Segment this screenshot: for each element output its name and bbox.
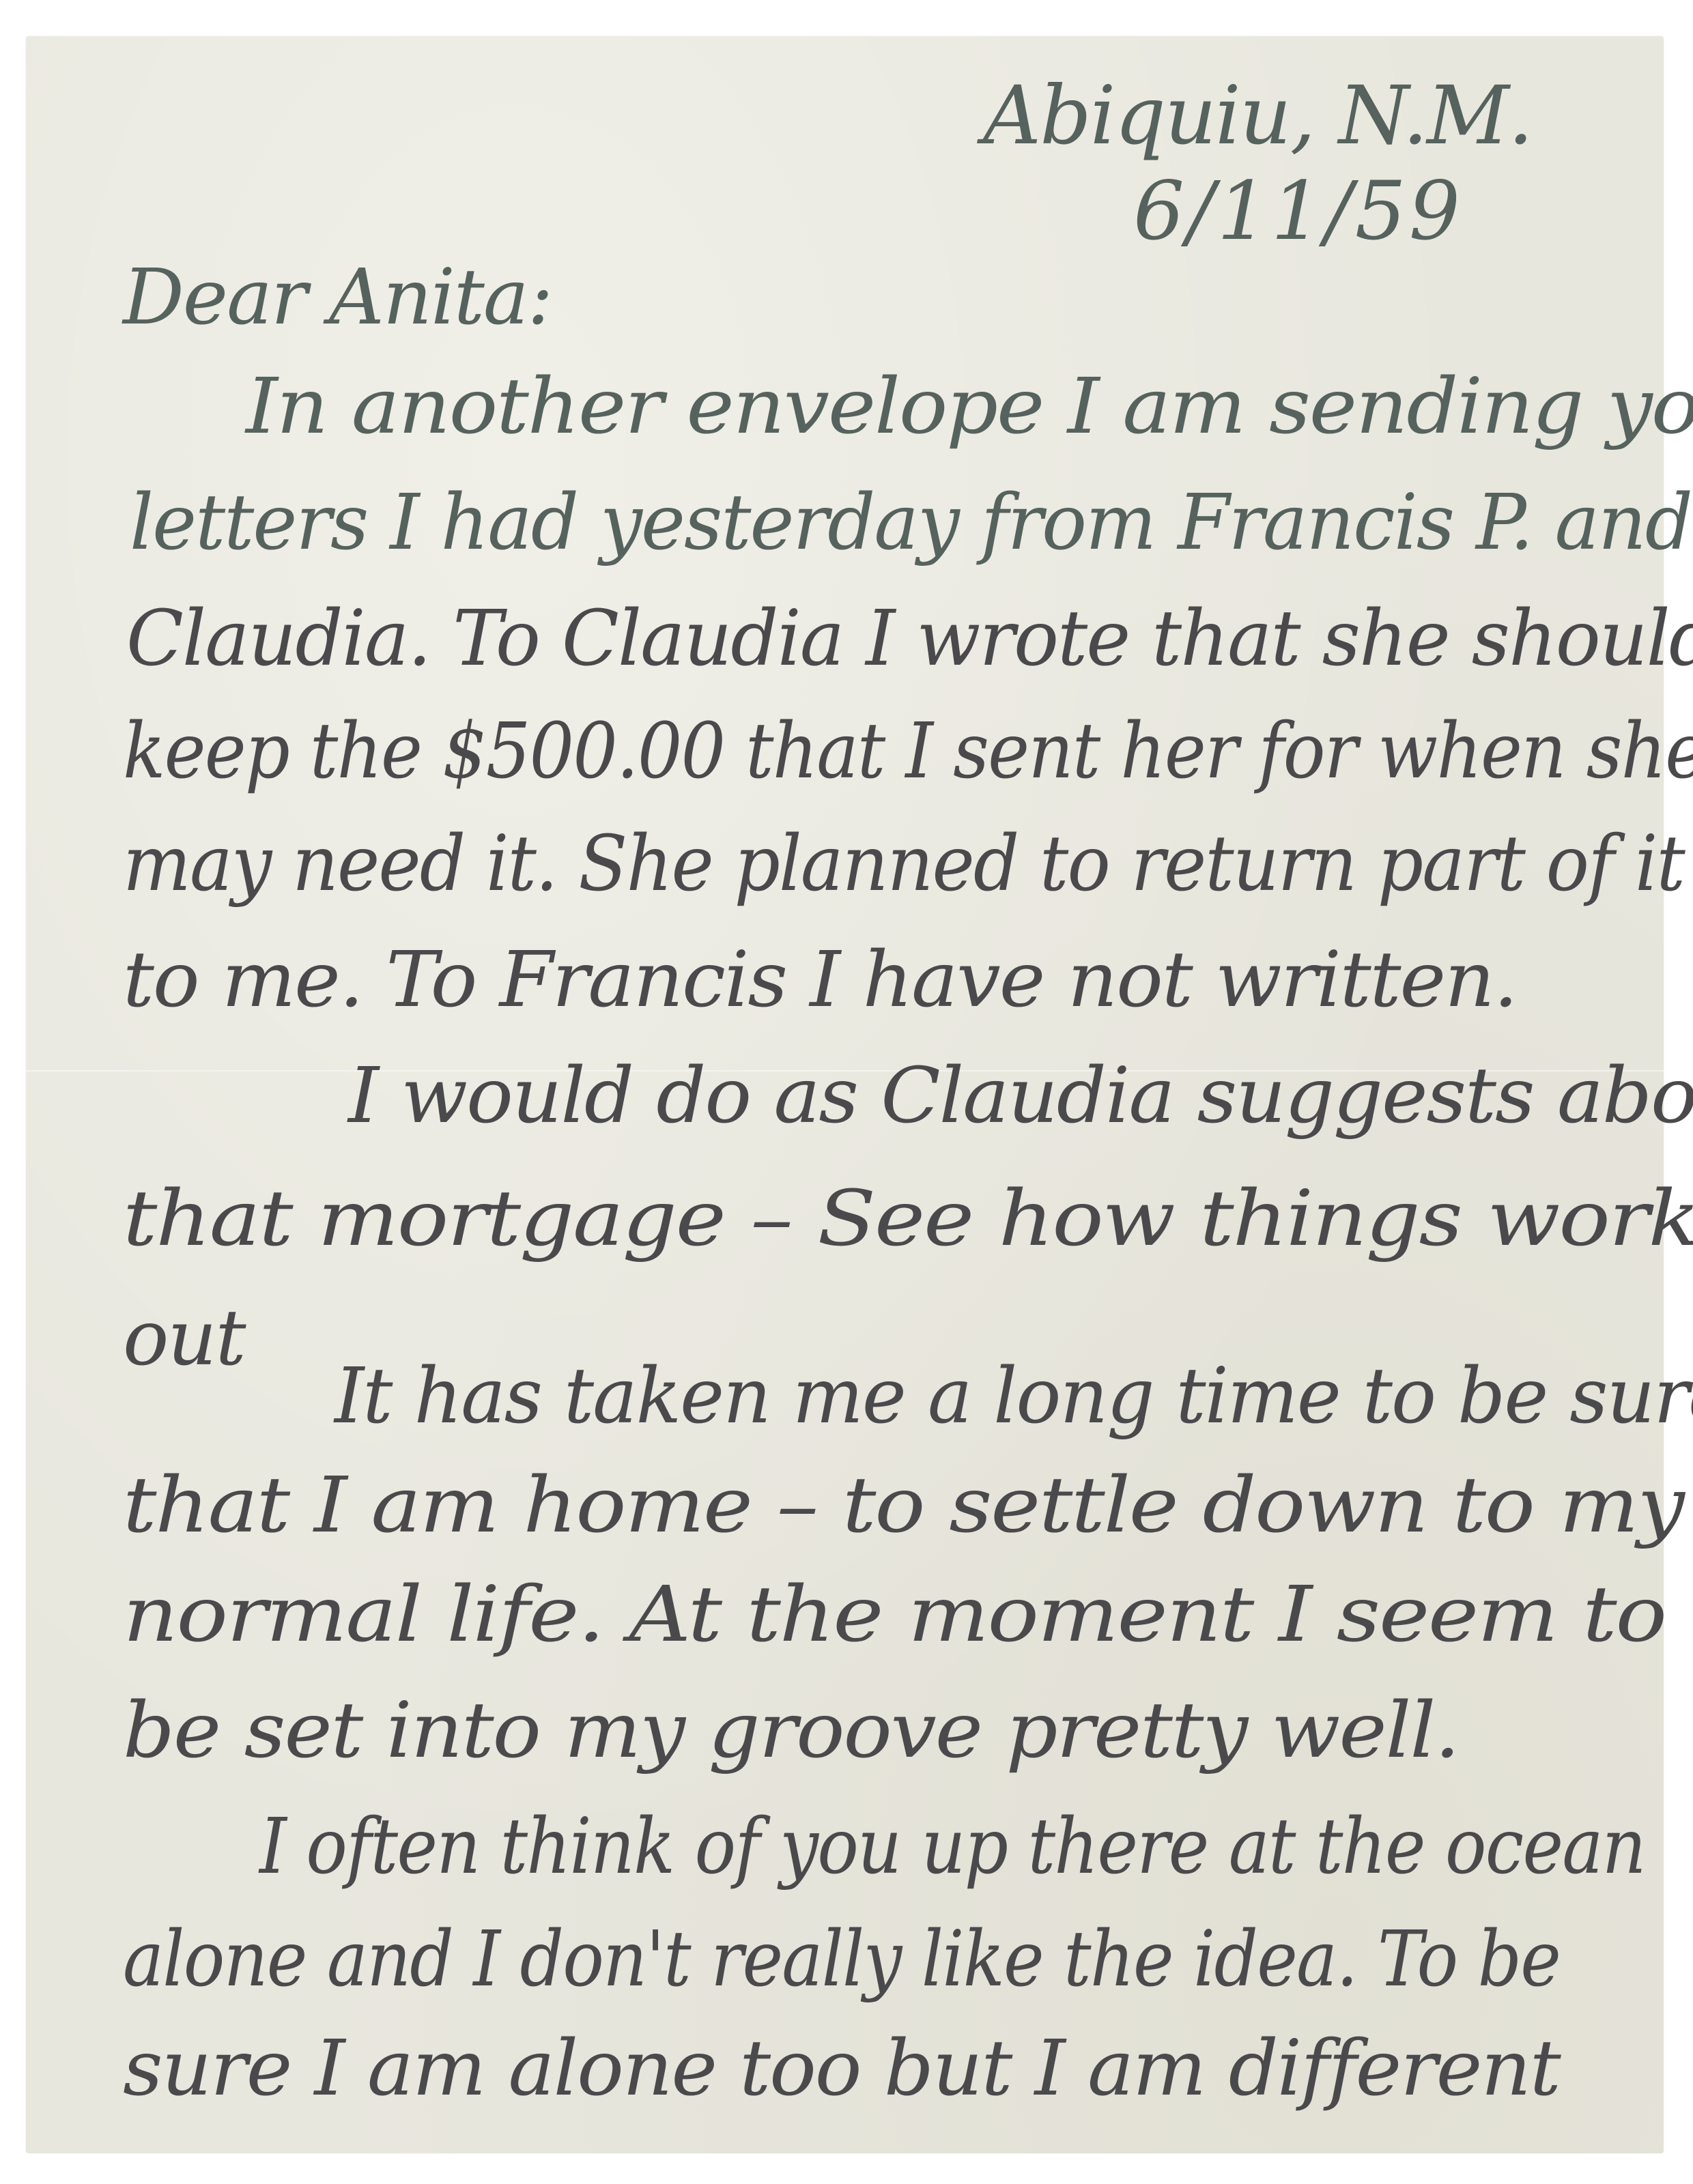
letter-line: In another envelope I am sending you xyxy=(246,369,1693,445)
letter-line: I often think of you up there at the oce… xyxy=(259,1809,1645,1885)
letter-line: that I am home – to settle down to my xyxy=(123,1467,1683,1544)
letter-salutation: Dear Anita: xyxy=(123,259,552,336)
letter-line: keep the $500.00 that I sent her for whe… xyxy=(123,713,1693,790)
letter-line: that mortgage – See how things work xyxy=(123,1181,1693,1257)
letter-line: Claudia. To Claudia I wrote that she sho… xyxy=(126,601,1693,677)
letter-line: out xyxy=(123,1300,245,1377)
letter-place: Abiquiu, N.M. xyxy=(983,75,1532,156)
letter-line: It has taken me a long time to be sure xyxy=(335,1358,1693,1435)
letter-date: 6/11/59 xyxy=(1133,171,1463,251)
letter-line: to me. To Francis I have not written. xyxy=(123,942,1517,1018)
letter-line: normal life. At the moment I seem to xyxy=(123,1577,1666,1653)
letter-line: be set into my groove pretty well. xyxy=(123,1693,1459,1769)
letter-line: letters I had yesterday from Francis P. … xyxy=(130,485,1692,561)
letter-line: may need it. She planned to return part … xyxy=(123,826,1684,902)
letter-line: I would do as Claudia suggests about xyxy=(348,1058,1693,1134)
letter-line: sure I am alone too but I am different xyxy=(123,2030,1560,2107)
letter-line: alone and I don't really like the idea. … xyxy=(123,1921,1560,1998)
